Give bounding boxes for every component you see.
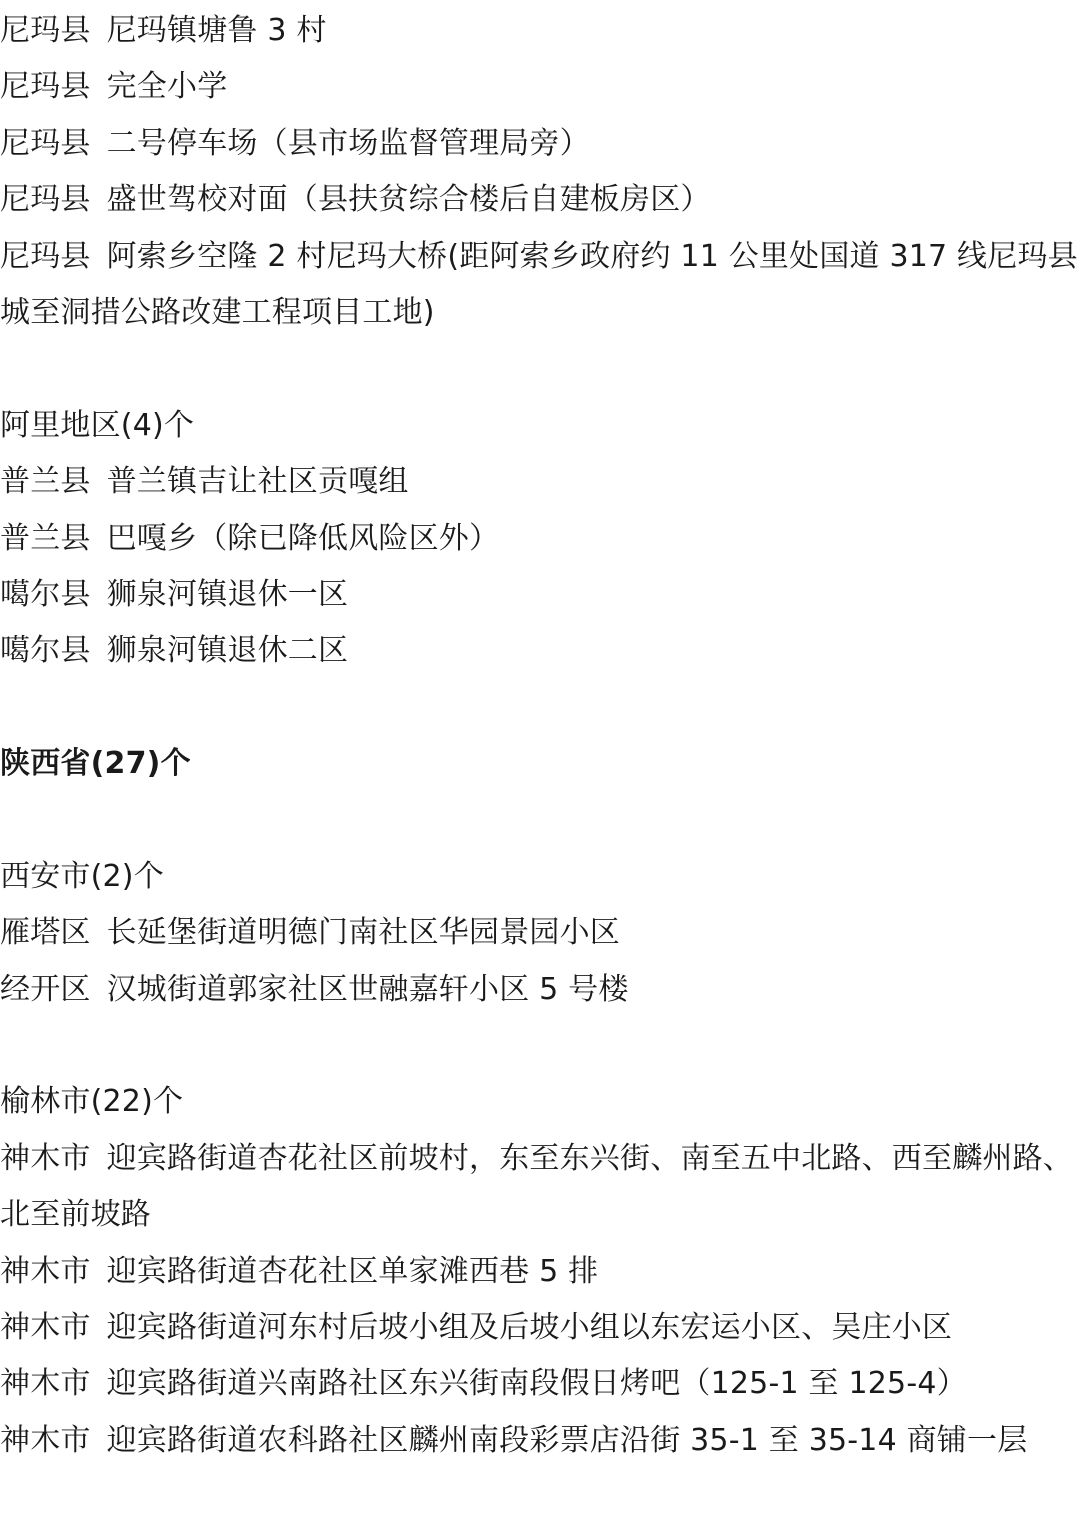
document-body: 尼玛县尼玛镇塘鲁 3 村 尼玛县完全小学 尼玛县二号停车场（县市场监督管理局旁）… [0,3,1080,1469]
place-name: 狮泉河镇退休一区 [107,577,349,612]
place-name: 阿索乡空隆 2 村尼玛大桥(距阿索乡政府约 11 公里处国道 317 线尼玛县城… [0,239,1078,330]
place-name: 普兰镇吉让社区贡嘎组 [107,464,409,499]
spacer [0,680,1080,736]
place-name: 迎宾路街道农科路社区麟州南段彩票店沿街 35-1 至 35-14 商铺一层 [107,1423,1028,1458]
list-item: 神木市迎宾路街道杏花社区单家滩西巷 5 排 [0,1244,1080,1300]
region-heading: 榆林市(22)个 [0,1074,1080,1130]
county-name: 雁塔区 [0,915,91,950]
list-item: 尼玛县二号停车场（县市场监督管理局旁） [0,116,1080,172]
county-name: 神木市 [0,1141,91,1176]
list-item: 尼玛县阿索乡空隆 2 村尼玛大桥(距阿索乡政府约 11 公里处国道 317 线尼… [0,229,1080,342]
county-name: 神木市 [0,1423,91,1458]
place-name: 二号停车场（县市场监督管理局旁） [107,126,590,161]
list-item: 雁塔区长延堡街道明德门南社区华园景园小区 [0,905,1080,961]
place-name: 狮泉河镇退休二区 [107,633,349,668]
place-name: 长延堡街道明德门南社区华园景园小区 [107,915,620,950]
place-name: 迎宾路街道杏花社区前坡村，东至东兴街、南至五中北路、西至麟州路、北至前坡路 [0,1141,1073,1232]
spacer [0,793,1080,849]
spacer [0,1018,1080,1074]
county-name: 神木市 [0,1366,91,1401]
list-item: 普兰县巴嘎乡（除已降低风险区外） [0,511,1080,567]
list-item: 经开区汉城街道郭家社区世融嘉轩小区 5 号楼 [0,962,1080,1018]
county-name: 噶尔县 [0,633,91,668]
place-name: 迎宾路街道河东村后坡小组及后坡小组以东宏运小区、吴庄小区 [107,1310,953,1345]
list-item: 普兰县普兰镇吉让社区贡嘎组 [0,454,1080,510]
place-name: 迎宾路街道兴南路社区东兴街南段假日烤吧（125-1 至 125-4） [107,1366,967,1401]
place-name: 尼玛镇塘鲁 3 村 [107,13,327,48]
county-name: 尼玛县 [0,69,91,104]
list-item: 神木市迎宾路街道河东村后坡小组及后坡小组以东宏运小区、吴庄小区 [0,1300,1080,1356]
county-name: 神木市 [0,1254,91,1289]
place-name: 完全小学 [107,69,228,104]
spacer [0,341,1080,397]
county-name: 尼玛县 [0,182,91,217]
list-item: 尼玛县完全小学 [0,59,1080,115]
county-name: 尼玛县 [0,13,91,48]
place-name: 汉城街道郭家社区世融嘉轩小区 5 号楼 [107,972,629,1007]
list-item: 神木市迎宾路街道兴南路社区东兴街南段假日烤吧（125-1 至 125-4） [0,1356,1080,1412]
region-heading: 西安市(2)个 [0,849,1080,905]
list-item: 噶尔县狮泉河镇退休一区 [0,567,1080,623]
list-item: 神木市迎宾路街道农科路社区麟州南段彩票店沿街 35-1 至 35-14 商铺一层 [0,1413,1080,1469]
province-heading: 陕西省(27)个 [0,736,1080,792]
county-name: 普兰县 [0,521,91,556]
place-name: 巴嘎乡（除已降低风险区外） [107,521,500,556]
list-item: 尼玛县盛世驾校对面（县扶贫综合楼后自建板房区） [0,172,1080,228]
county-name: 噶尔县 [0,577,91,612]
place-name: 迎宾路街道杏花社区单家滩西巷 5 排 [107,1254,599,1289]
place-name: 盛世驾校对面（县扶贫综合楼后自建板房区） [107,182,711,217]
county-name: 尼玛县 [0,239,91,274]
list-item: 噶尔县狮泉河镇退休二区 [0,623,1080,679]
county-name: 神木市 [0,1310,91,1345]
county-name: 普兰县 [0,464,91,499]
region-heading: 阿里地区(4)个 [0,398,1080,454]
county-name: 经开区 [0,972,91,1007]
list-item: 尼玛县尼玛镇塘鲁 3 村 [0,3,1080,59]
list-item: 神木市迎宾路街道杏花社区前坡村，东至东兴街、南至五中北路、西至麟州路、北至前坡路 [0,1131,1080,1244]
county-name: 尼玛县 [0,126,91,161]
